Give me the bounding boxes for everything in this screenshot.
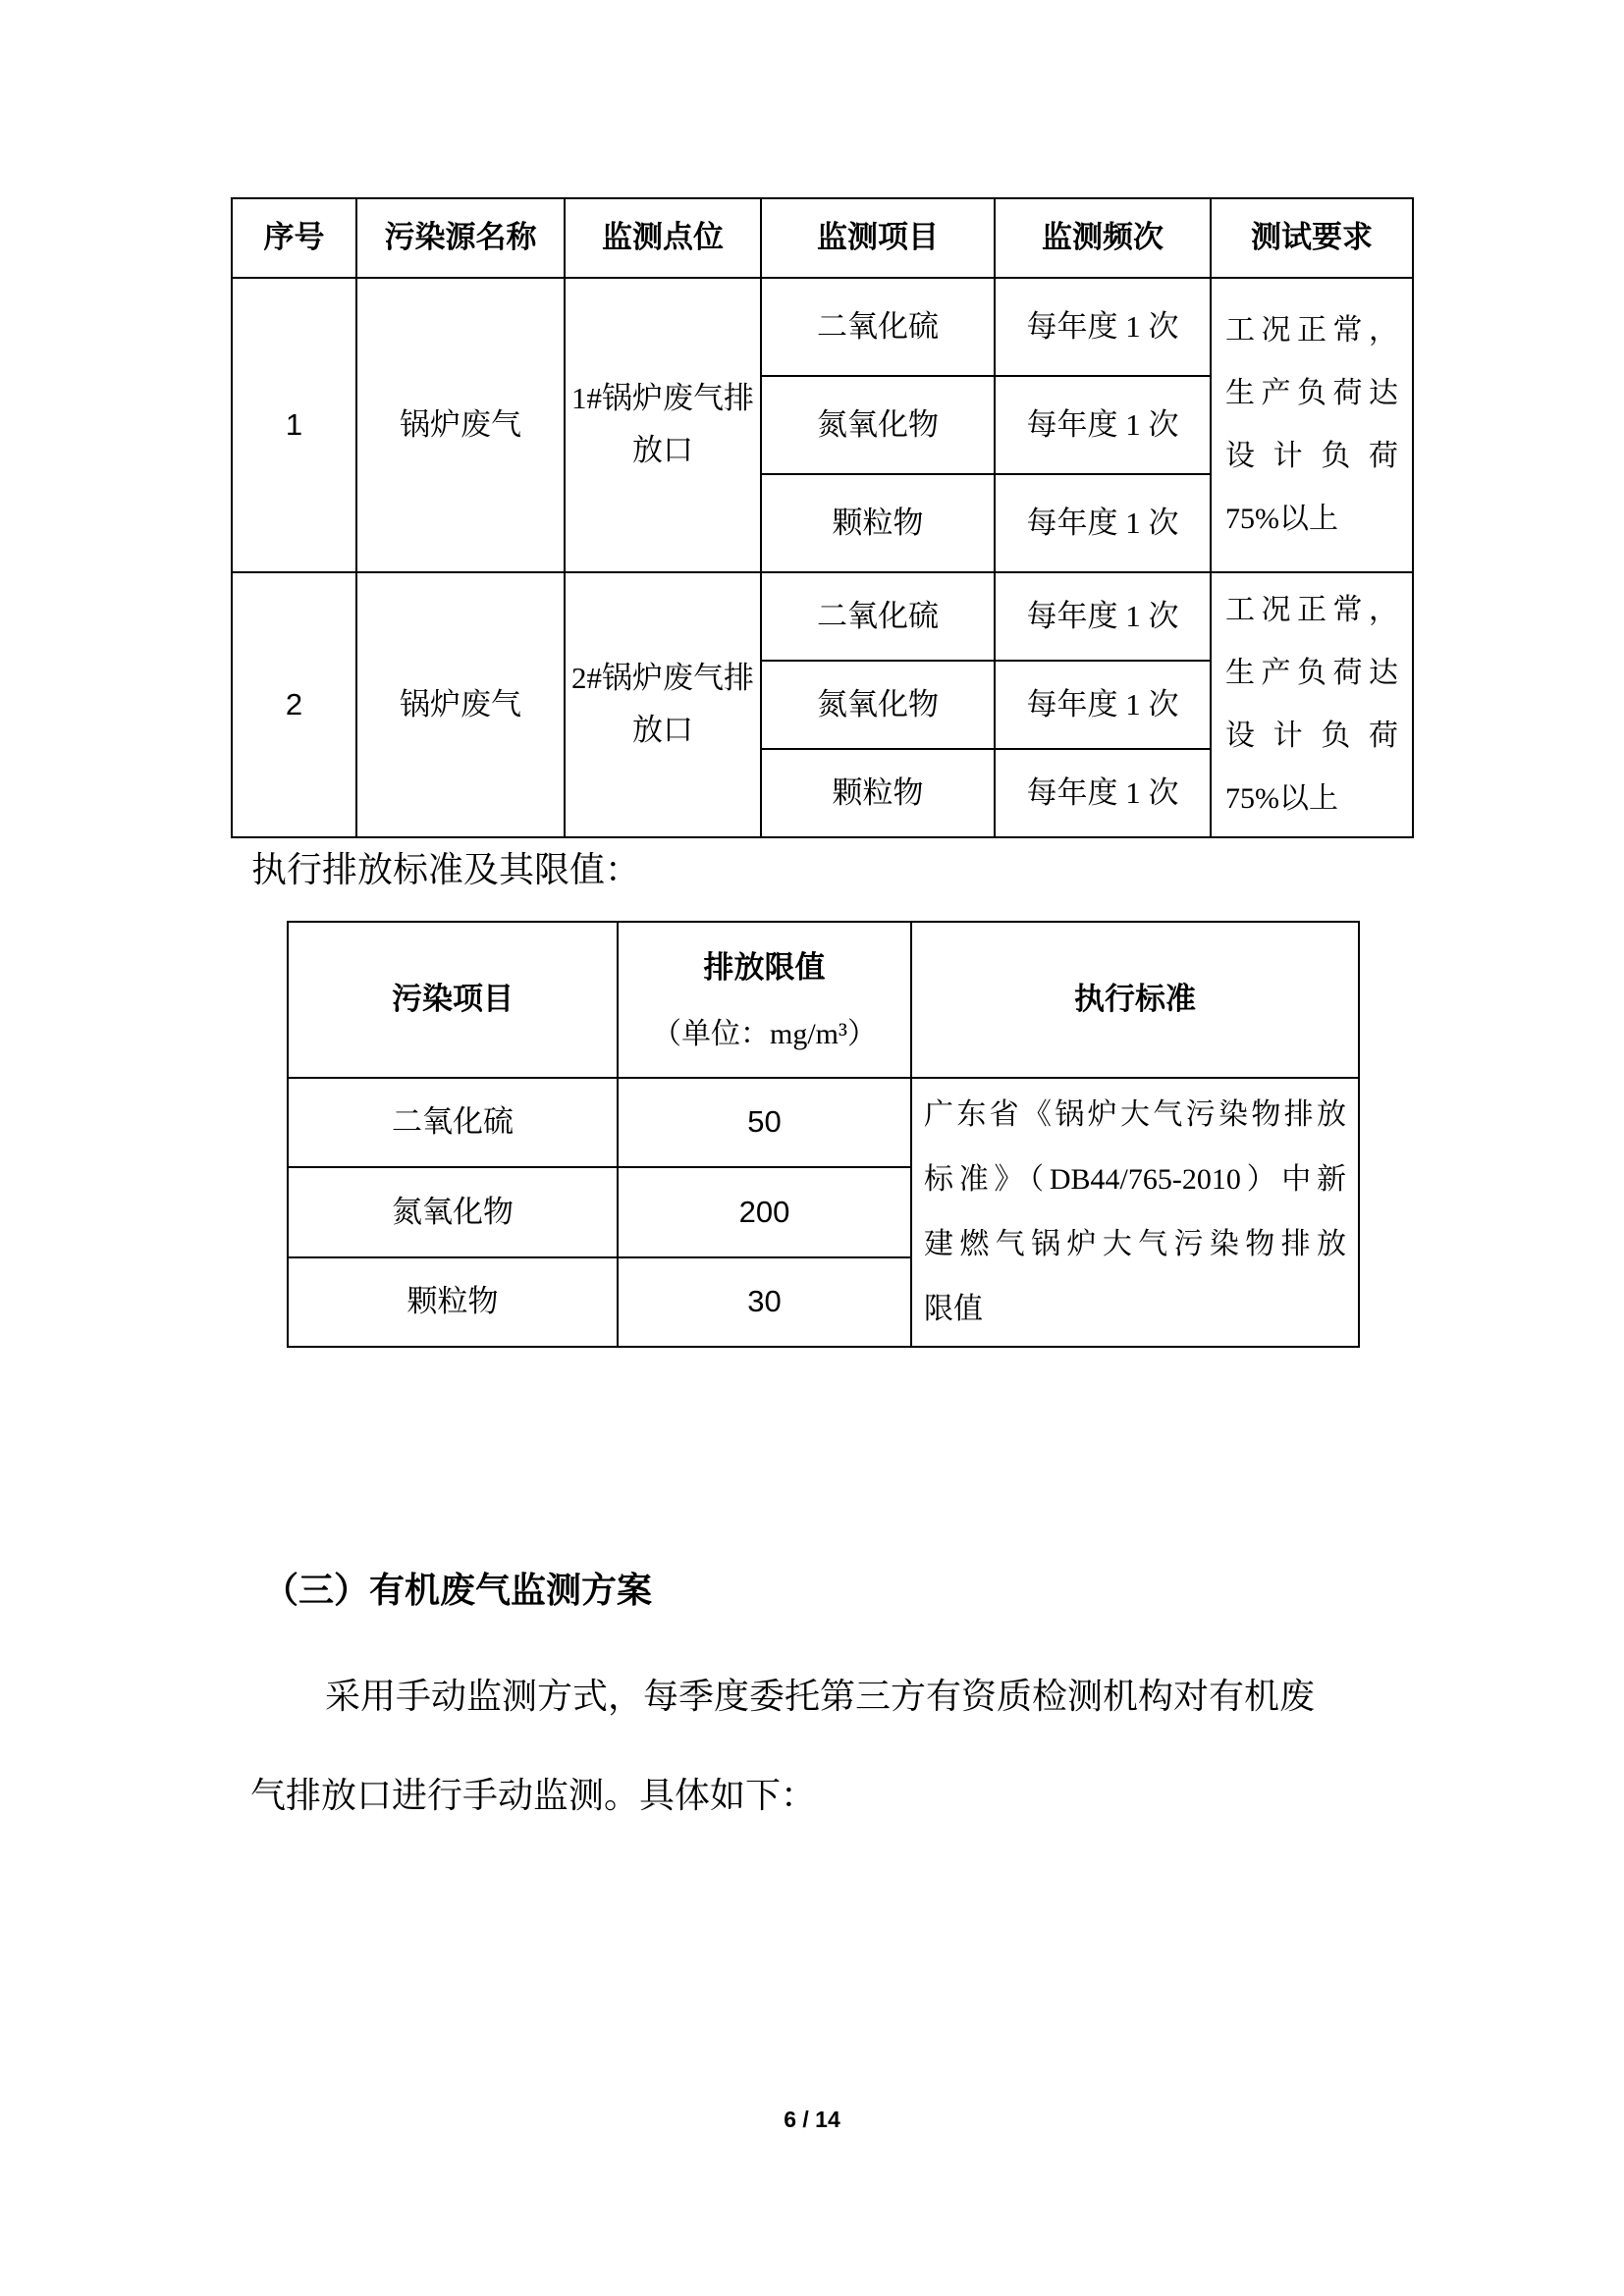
cell-point: 2#锅炉废气排放口 <box>565 572 761 837</box>
table-header-row: 序号 污染源名称 监测点位 监测项目 监测频次 测试要求 <box>232 198 1413 278</box>
limit-unit: （单位：mg/m³） <box>624 1002 904 1067</box>
header-serial: 序号 <box>232 198 356 278</box>
cell-item: 氮氧化物 <box>761 661 995 749</box>
table-row: 1 锅炉废气 1#锅炉废气排放口 二氧化硫 每年度 1 次 工况正常， 生产负荷… <box>232 278 1413 376</box>
requirement-line: 设计负荷 <box>1225 425 1398 488</box>
requirement-line: 工况正常， <box>1225 299 1398 362</box>
cell-item: 颗粒物 <box>761 749 995 837</box>
standard-line: 广东省《锅炉大气污染物排放 <box>924 1083 1346 1148</box>
cell-pollutant: 二氧化硫 <box>288 1078 618 1167</box>
cell-point: 1#锅炉废气排放口 <box>565 278 761 572</box>
cell-limit: 30 <box>618 1257 911 1347</box>
cell-serial: 2 <box>232 572 356 837</box>
header-requirement: 测试要求 <box>1211 198 1413 278</box>
header-pollutant: 污染项目 <box>288 922 618 1078</box>
cell-frequency: 每年度 1 次 <box>995 661 1211 749</box>
intro-text: 执行排放标准及其限值： <box>251 848 640 891</box>
requirement-line: 75%以上 <box>1225 488 1398 551</box>
requirement-line: 生产负荷达 <box>1225 362 1398 425</box>
requirement-line: 75%以上 <box>1225 768 1398 830</box>
cell-frequency: 每年度 1 次 <box>995 749 1211 837</box>
table-row: 二氧化硫 50 广东省《锅炉大气污染物排放 标准》（DB44/765-2010）… <box>288 1078 1359 1167</box>
requirement-line: 工况正常， <box>1225 579 1398 642</box>
cell-frequency: 每年度 1 次 <box>995 376 1211 474</box>
header-standard: 执行标准 <box>911 922 1359 1078</box>
body-paragraph: 采用手动监测方式，每季度委托第三方有资质检测机构对有机废 气排放口进行手动监测。… <box>250 1647 1394 1845</box>
cell-serial: 1 <box>232 278 356 572</box>
standard-line: 标准》（DB44/765-2010）中新 <box>924 1148 1346 1212</box>
cell-frequency: 每年度 1 次 <box>995 474 1211 572</box>
header-frequency: 监测频次 <box>995 198 1211 278</box>
paragraph-line: 采用手动监测方式，每季度委托第三方有资质检测机构对有机废 <box>250 1647 1394 1746</box>
requirement-line: 生产负荷达 <box>1225 642 1398 705</box>
header-limit: 排放限值 （单位：mg/m³） <box>618 922 911 1078</box>
cell-item: 氮氧化物 <box>761 376 995 474</box>
cell-limit: 50 <box>618 1078 911 1167</box>
table-header-row: 污染项目 排放限值 （单位：mg/m³） 执行标准 <box>288 922 1359 1078</box>
table-row: 2 锅炉废气 2#锅炉废气排放口 二氧化硫 每年度 1 次 工况正常， 生产负荷… <box>232 572 1413 661</box>
paragraph-line: 气排放口进行手动监测。具体如下： <box>250 1746 1394 1845</box>
cell-frequency: 每年度 1 次 <box>995 278 1211 376</box>
cell-requirement: 工况正常， 生产负荷达 设计负荷 75%以上 <box>1211 278 1413 572</box>
emission-limit-table: 污染项目 排放限值 （单位：mg/m³） 执行标准 二氧化硫 50 广东省《锅炉… <box>287 921 1360 1348</box>
cell-item: 二氧化硫 <box>761 278 995 376</box>
header-item: 监测项目 <box>761 198 995 278</box>
document-page: 序号 污染源名称 监测点位 监测项目 监测频次 测试要求 1 锅炉废气 1#锅炉… <box>0 0 1624 2296</box>
page-number: 6 / 14 <box>0 2107 1624 2133</box>
cell-standard: 广东省《锅炉大气污染物排放 标准》（DB44/765-2010）中新 建燃气锅炉… <box>911 1078 1359 1347</box>
header-source: 污染源名称 <box>356 198 565 278</box>
cell-source: 锅炉废气 <box>356 278 565 572</box>
cell-item: 颗粒物 <box>761 474 995 572</box>
cell-item: 二氧化硫 <box>761 572 995 661</box>
limit-title: 排放限值 <box>624 934 904 1002</box>
cell-requirement: 工况正常， 生产负荷达 设计负荷 75%以上 <box>1211 572 1413 837</box>
monitoring-plan-table: 序号 污染源名称 监测点位 监测项目 监测频次 测试要求 1 锅炉废气 1#锅炉… <box>231 197 1414 838</box>
cell-frequency: 每年度 1 次 <box>995 572 1211 661</box>
requirement-line: 设计负荷 <box>1225 705 1398 768</box>
cell-pollutant: 氮氧化物 <box>288 1167 618 1256</box>
section-heading: （三）有机废气监测方案 <box>263 1567 652 1614</box>
cell-pollutant: 颗粒物 <box>288 1257 618 1347</box>
standard-line: 限值 <box>924 1277 1346 1342</box>
standard-line: 建燃气锅炉大气污染物排放 <box>924 1212 1346 1277</box>
cell-limit: 200 <box>618 1167 911 1256</box>
header-point: 监测点位 <box>565 198 761 278</box>
cell-source: 锅炉废气 <box>356 572 565 837</box>
